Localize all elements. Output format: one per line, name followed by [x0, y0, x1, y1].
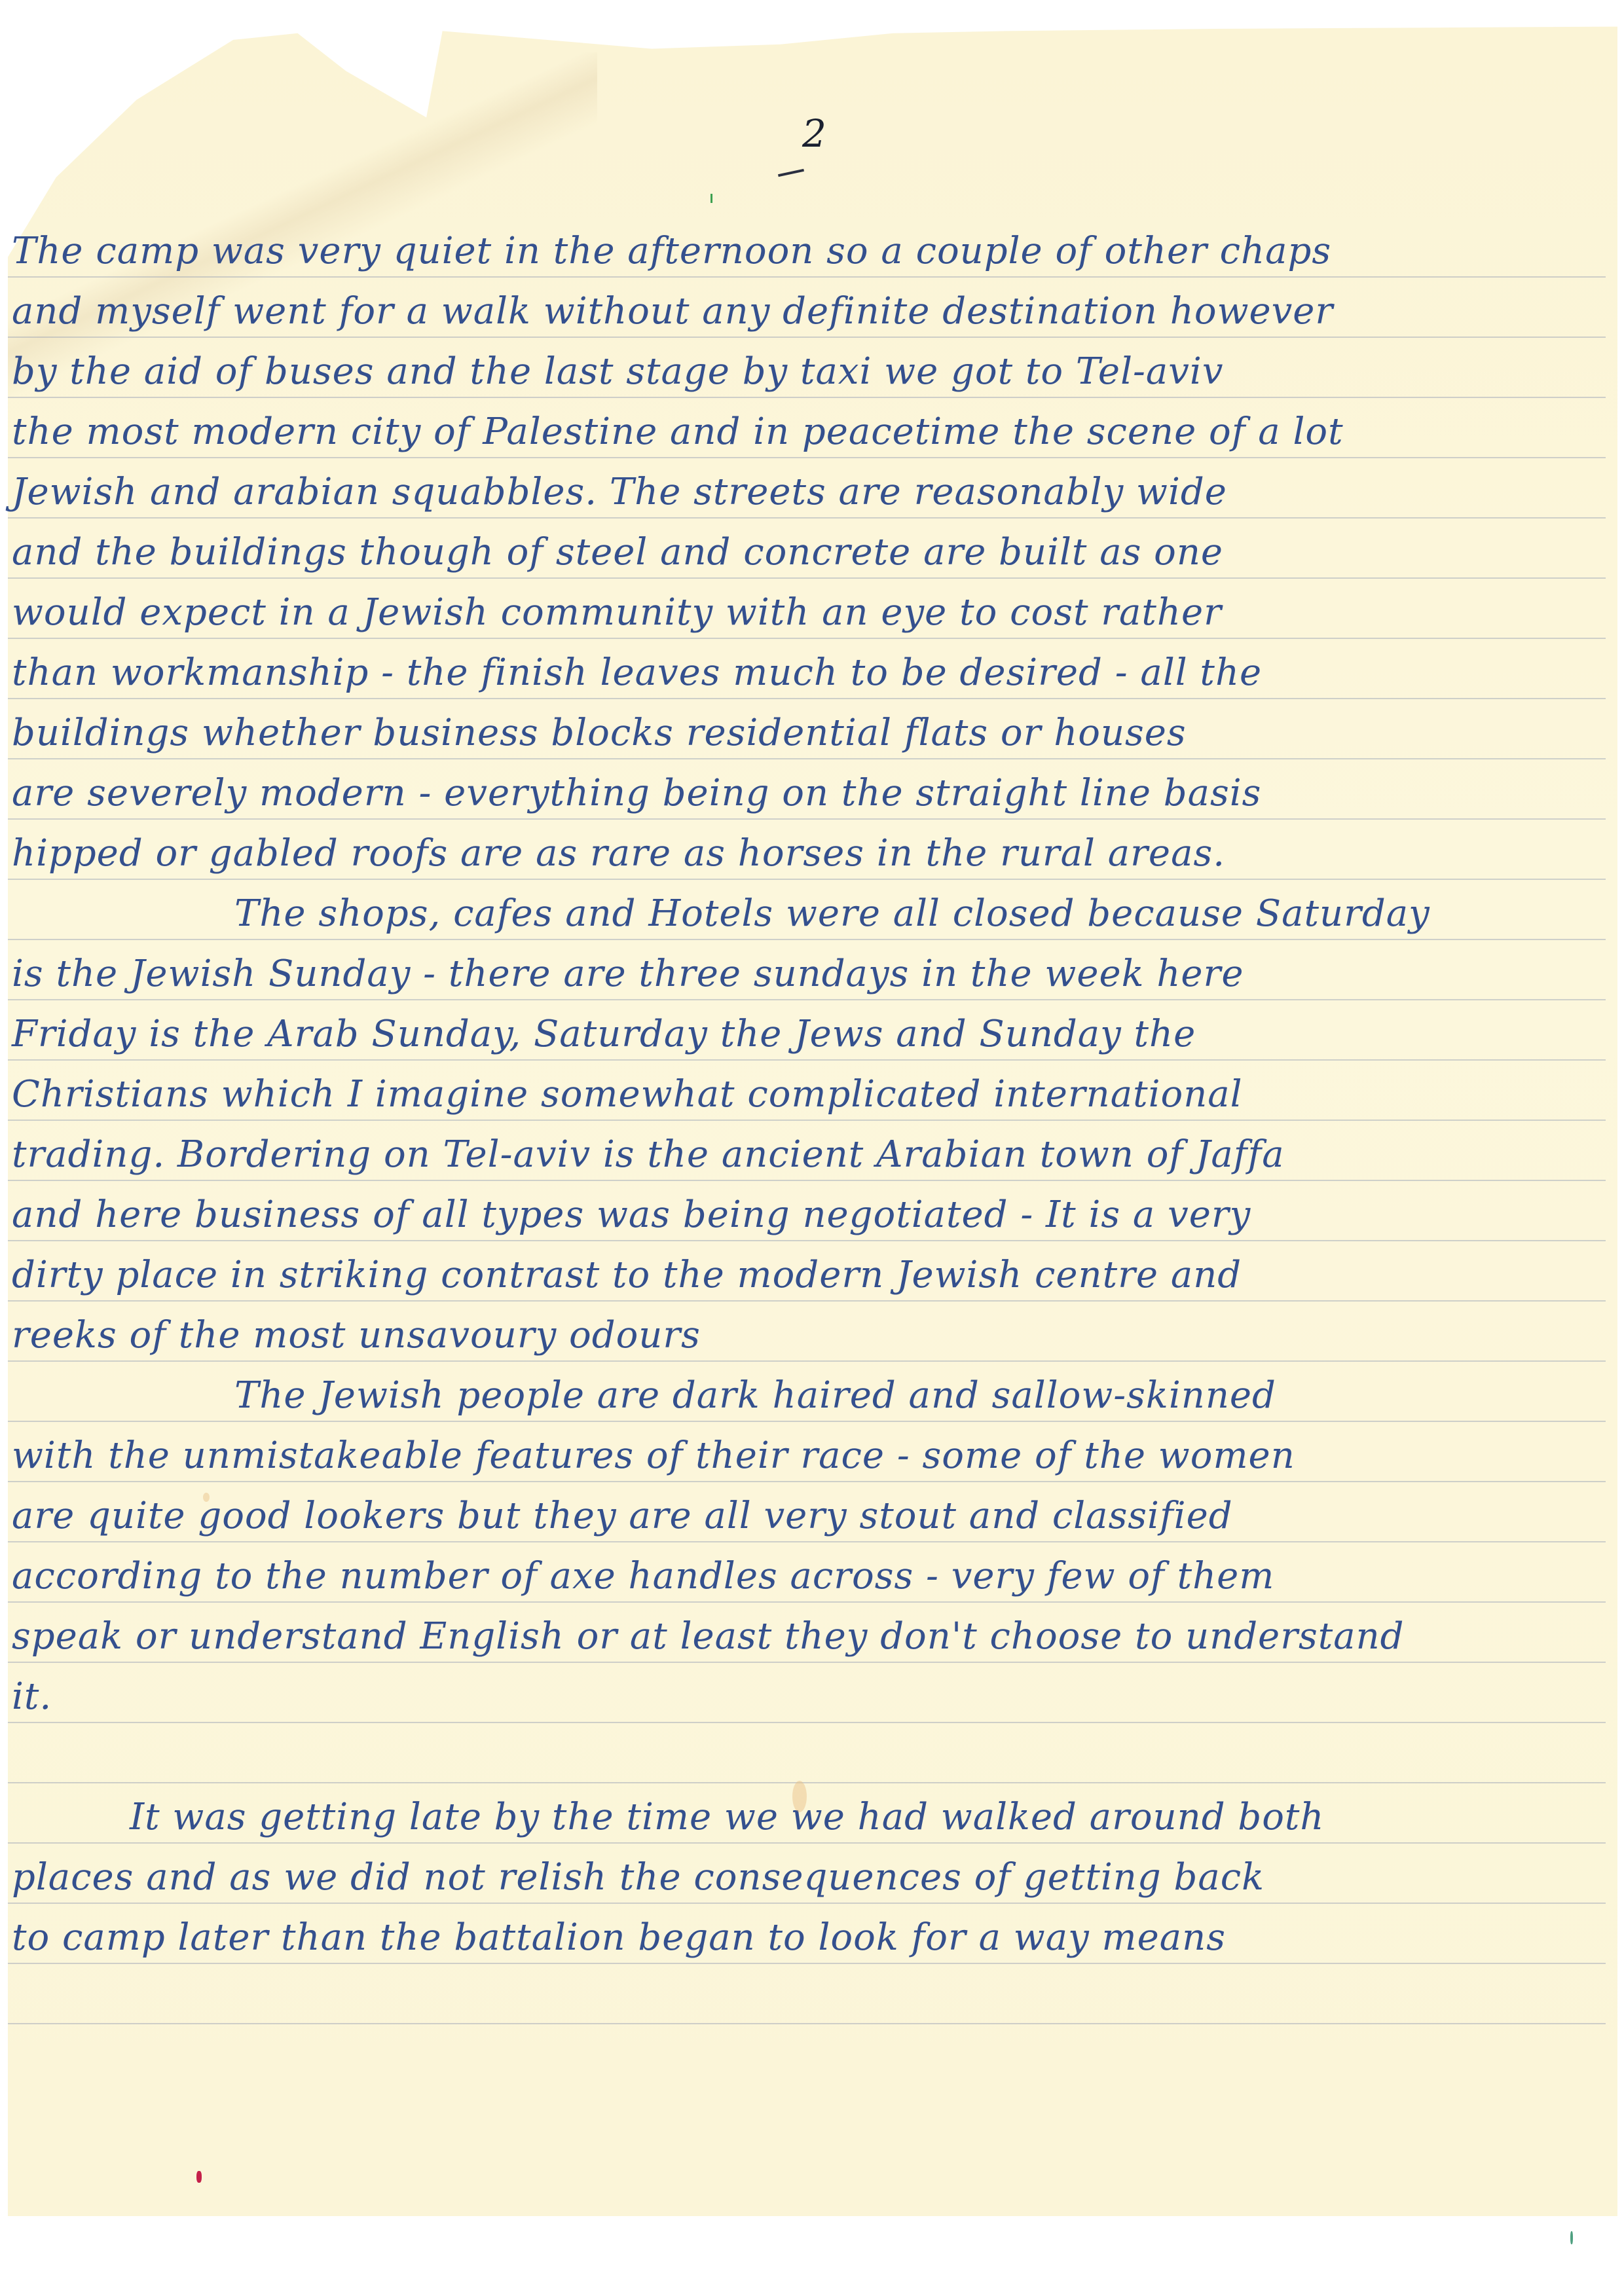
ruled-line — [8, 1481, 1606, 1482]
paper-stain — [792, 1781, 807, 1812]
handwritten-line: speak or understand English or at least … — [12, 1616, 1610, 1658]
handwritten-line: are quite good lookers but they are all … — [12, 1495, 1610, 1537]
handwritten-line: places and as we did not relish the cons… — [12, 1857, 1610, 1899]
ruled-line — [8, 1601, 1606, 1603]
ruled-line — [8, 517, 1606, 519]
handwritten-line: with the unmistakeable features of their… — [12, 1435, 1610, 1477]
ruled-line — [8, 1300, 1606, 1302]
ruled-line — [8, 879, 1606, 880]
ruled-line — [8, 457, 1606, 458]
ruled-line — [8, 1059, 1606, 1061]
handwritten-line: dirty place in striking contrast to the … — [12, 1254, 1610, 1296]
ruled-line — [8, 1903, 1606, 1904]
handwritten-line: Jewish and arabian squabbles. The street… — [12, 471, 1610, 513]
ruled-line — [8, 1240, 1606, 1241]
ruled-line — [8, 1120, 1606, 1121]
handwritten-line: the most modern city of Palestine and in… — [12, 411, 1610, 453]
ruled-line — [8, 1180, 1606, 1181]
handwritten-line: Christians which I imagine somewhat comp… — [12, 1074, 1610, 1116]
handwritten-line: reeks of the most unsavoury odours — [12, 1315, 1610, 1357]
handwritten-line: to camp later than the battalion began t… — [12, 1917, 1610, 1959]
handwritten-line: and here business of all types was being… — [12, 1194, 1610, 1236]
handwritten-line: The camp was very quiet in the afternoon… — [12, 230, 1610, 272]
ruled-line — [8, 1722, 1606, 1723]
handwritten-line: It was getting late by the time we we ha… — [12, 1796, 1610, 1838]
ink-speck — [710, 194, 712, 203]
ruled-line — [8, 999, 1606, 1000]
handwritten-line: are severely modern - everything being o… — [12, 773, 1610, 814]
ruled-line — [8, 1421, 1606, 1422]
ruled-line — [8, 276, 1606, 278]
green-ink-mark — [1570, 2231, 1573, 2244]
ruled-line — [8, 1541, 1606, 1542]
handwritten-line: is the Jewish Sunday - there are three s… — [12, 953, 1610, 995]
handwritten-line: trading. Bordering on Tel-aviv is the an… — [12, 1134, 1610, 1176]
red-ink-mark — [196, 2171, 202, 2183]
handwritten-line: and the buildings though of steel and co… — [12, 532, 1610, 574]
ruled-line — [8, 638, 1606, 639]
paper-stain — [203, 1493, 210, 1502]
ruled-line — [8, 337, 1606, 338]
handwritten-line: than workmanship - the finish leaves muc… — [12, 652, 1610, 694]
ruled-line — [8, 758, 1606, 759]
handwritten-line: The Jewish people are dark haired and sa… — [12, 1375, 1610, 1417]
handwritten-line: hipped or gabled roofs are as rare as ho… — [12, 833, 1610, 875]
handwritten-line: by the aid of buses and the last stage b… — [12, 351, 1610, 393]
ruled-line — [8, 939, 1606, 940]
ruled-line — [8, 1842, 1606, 1844]
handwritten-line: it. — [12, 1676, 1610, 1718]
ruled-line — [8, 397, 1606, 398]
handwritten-line: would expect in a Jewish community with … — [12, 592, 1610, 634]
ruled-line — [8, 577, 1606, 579]
ruled-line — [8, 818, 1606, 820]
page-number: 2 — [802, 111, 826, 156]
ruled-line — [8, 1782, 1606, 1783]
ruled-line — [8, 698, 1606, 699]
handwritten-line: buildings whether business blocks reside… — [12, 712, 1610, 754]
ruled-line — [8, 2023, 1606, 2024]
handwritten-line: Friday is the Arab Sunday, Saturday the … — [12, 1013, 1610, 1055]
handwritten-line: and myself went for a walk without any d… — [12, 291, 1610, 333]
ruled-line — [8, 1963, 1606, 1964]
handwritten-line: The shops, cafes and Hotels were all clo… — [12, 893, 1610, 935]
handwritten-line: according to the number of axe handles a… — [12, 1556, 1610, 1597]
ruled-line — [8, 1662, 1606, 1663]
ruled-line — [8, 1360, 1606, 1362]
